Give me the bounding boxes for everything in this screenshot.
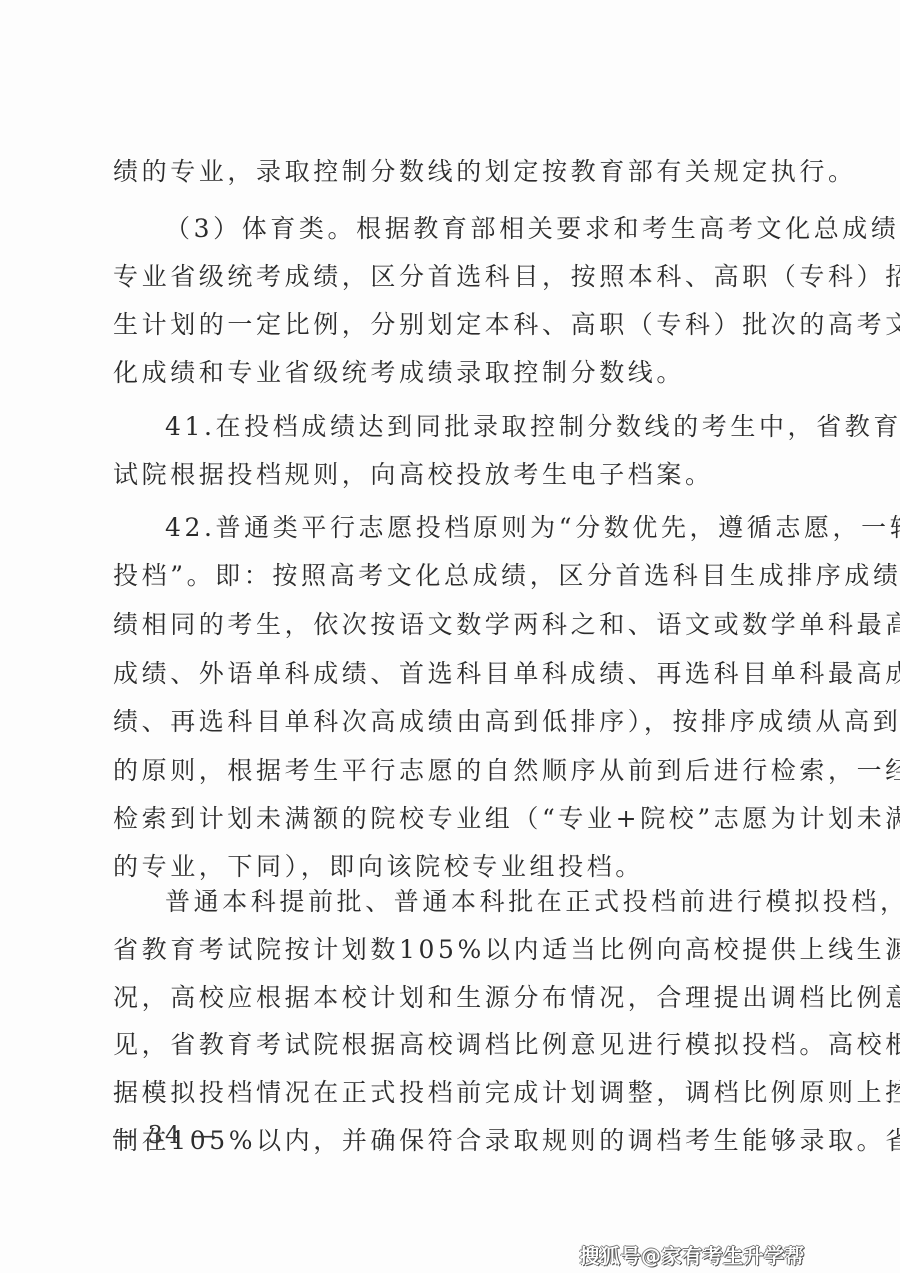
document-page: 绩的专业，录取控制分数线的划定按教育部有关规定执行。 （3）体育类。根据教育部相… xyxy=(0,0,900,1273)
paragraph-sports-start: （3）体育类。根据教育部相关要求和考生高考文化总成绩、 xyxy=(165,214,793,244)
text-line: 省教育考试院按计划数105%以内适当比例向高校提供上线生源情 xyxy=(113,935,793,965)
text-line: 的专业，下同），即向该院校专业组投档。 xyxy=(113,852,793,882)
text-line: 绩、再选科目单科次高成绩由高到低排序），按排序成绩从高到低 xyxy=(113,707,793,737)
text-line: 见，省教育考试院根据高校调档比例意见进行模拟投档。高校根 xyxy=(113,1030,793,1060)
text-line: 投档”。即：按照高考文化总成绩，区分首选科目生成排序成绩（成 xyxy=(113,561,793,591)
article-42-start: 42.普通类平行志愿投档原则为“分数优先，遵循志愿，一轮 xyxy=(165,513,793,543)
article-41-start: 41.在投档成绩达到同批录取控制分数线的考生中，省教育考 xyxy=(165,412,793,442)
text-line: 试院根据投档规则，向高校投放考生电子档案。 xyxy=(113,460,793,490)
text-line: 据模拟投档情况在正式投档前完成计划调整，调档比例原则上控 xyxy=(113,1078,793,1108)
text-line: 成绩、外语单科成绩、首选科目单科成绩、再选科目单科最高成 xyxy=(113,659,793,689)
text-line: 生计划的一定比例，分别划定本科、高职（专科）批次的高考文 xyxy=(113,310,793,340)
text-line: 专业省级统考成绩，区分首选科目，按照本科、高职（专科）招 xyxy=(113,262,793,292)
text-line: 况，高校应根据本校计划和生源分布情况，合理提出调档比例意 xyxy=(113,983,793,1013)
watermark: 搜狐号@家有考生升学帮 xyxy=(580,1240,806,1269)
text-line: 绩的专业，录取控制分数线的划定按教育部有关规定执行。 xyxy=(113,157,793,187)
page-number: — 34 — xyxy=(112,1121,218,1149)
text-line: 的原则，根据考生平行志愿的自然顺序从前到后进行检索，一经 xyxy=(113,756,793,786)
paragraph-simulation-start: 普通本科提前批、普通本科批在正式投档前进行模拟投档， xyxy=(165,887,793,917)
text-line: 化成绩和专业省级统考成绩录取控制分数线。 xyxy=(113,358,793,388)
text-line: 检索到计划未满额的院校专业组（“专业+院校”志愿为计划未满额 xyxy=(113,804,793,834)
text-line: 绩相同的考生，依次按语文数学两科之和、语文或数学单科最高 xyxy=(113,610,793,640)
